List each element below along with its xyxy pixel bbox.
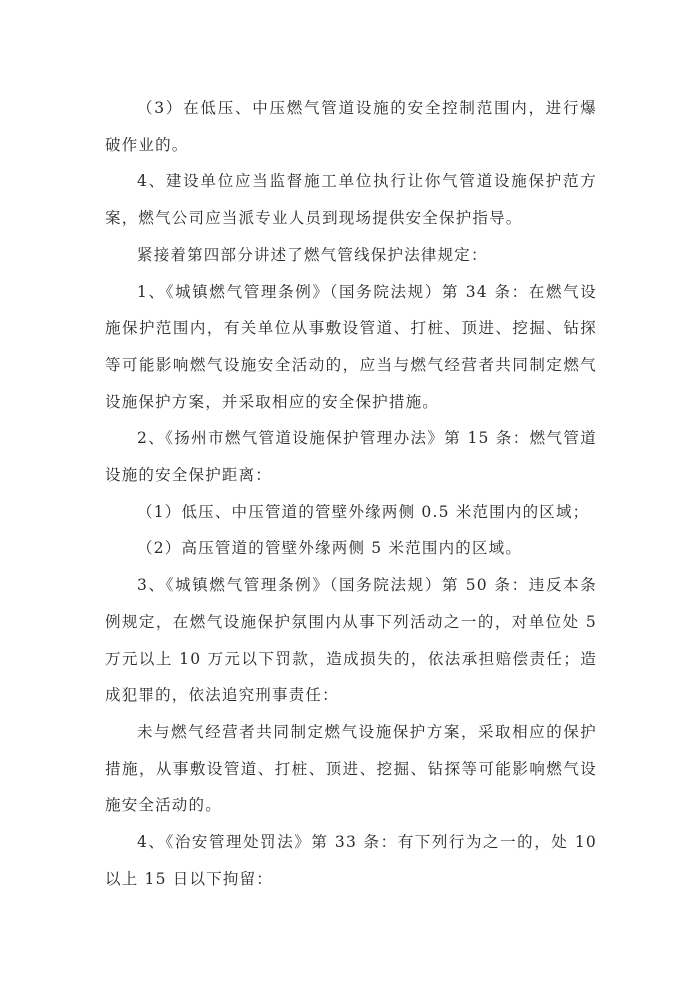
- paragraph-blasting-operations: （3）在低压、中压燃气管道设施的安全控制范围内，进行爆破作业的。: [105, 90, 597, 163]
- paragraph-regulation-article-50: 3、《城镇燃气管理条例》（国务院法规）第 50 条：违反本条例规定，在燃气设施保…: [105, 567, 597, 714]
- paragraph-low-medium-pressure-distance: （1）低压、中压管道的管壁外缘两侧 0.5 米范围内的区域；: [105, 494, 597, 531]
- paragraph-yangzhou-article-15: 2、《扬州市燃气管道设施保护管理办法》第 15 条：燃气管道设施的安全保护距离：: [105, 420, 597, 493]
- paragraph-section-four-intro: 紧接着第四部分讲述了燃气管线保护法律规定：: [105, 237, 597, 274]
- paragraph-high-pressure-distance: （2）高压管道的管壁外缘两侧 5 米范围内的区域。: [105, 530, 597, 567]
- paragraph-public-security-article-33: 4、《治安管理处罚法》第 33 条：有下列行为之一的，处 10 以上 15 日以…: [105, 824, 597, 897]
- document-page: （3）在低压、中压燃气管道设施的安全控制范围内，进行爆破作业的。 4、建设单位应…: [105, 90, 597, 897]
- paragraph-prohibited-activity: 未与燃气经营者共同制定燃气设施保护方案，采取相应的保护措施，从事敷设管道、打桩、…: [105, 714, 597, 824]
- paragraph-regulation-article-34: 1、《城镇燃气管理条例》（国务院法规）第 34 条：在燃气设施保护范围内，有关单…: [105, 274, 597, 421]
- paragraph-construction-supervision: 4、建设单位应当监督施工单位执行让你气管道设施保护范方案，燃气公司应当派专业人员…: [105, 163, 597, 236]
